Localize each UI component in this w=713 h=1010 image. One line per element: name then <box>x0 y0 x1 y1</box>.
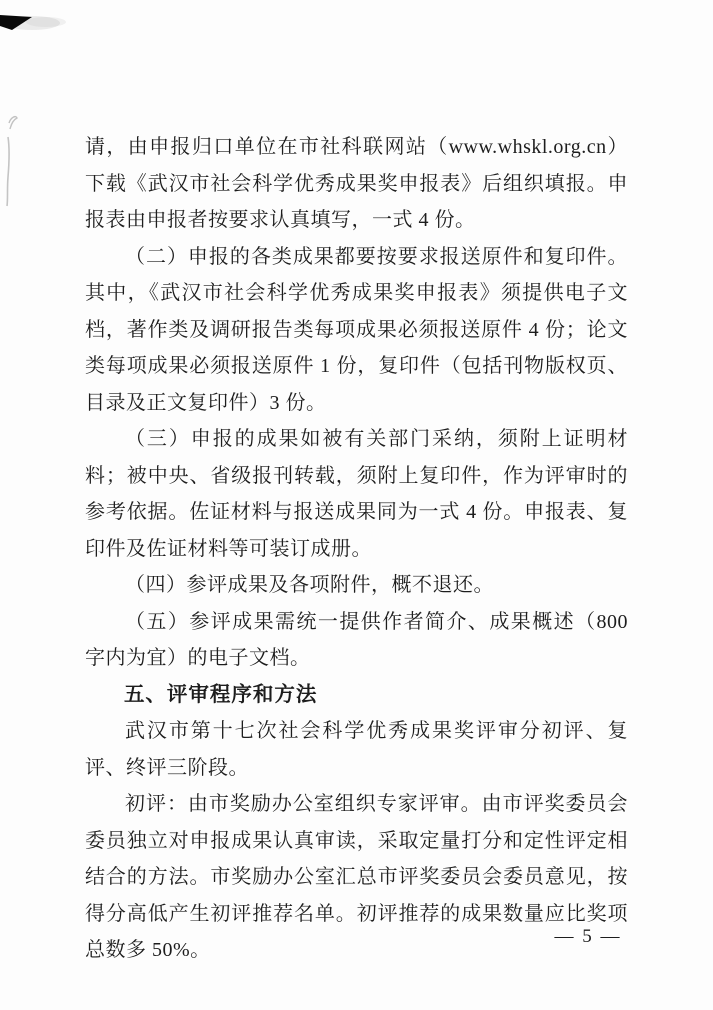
scan-pencil-mark <box>0 105 30 225</box>
para-requirement-5: （五）参评成果需统一提供作者简介、成果概述（800 字内为宜）的电子文档。 <box>85 604 628 677</box>
page-number: — 5 — <box>548 926 628 948</box>
para-continuation: 请，由申报归口单位在市社科联网站（www.whskl.org.cn）下载《武汉市… <box>85 129 628 239</box>
para-initial-review: 初评：由市奖励办公室组织专家评审。由市评奖委员会委员独立对申报成果认真审读，采取… <box>85 786 628 969</box>
text-block: 请，由申报归口单位在市社科联网站（www.whskl.org.cn）下载《武汉市… <box>85 129 628 969</box>
document-page: 请，由申报归口单位在市社科联网站（www.whskl.org.cn）下载《武汉市… <box>0 0 713 1010</box>
scan-corner-smudge <box>0 0 70 40</box>
section-heading-review-procedure: 五、评审程序和方法 <box>85 677 628 714</box>
para-requirement-2: （二）申报的各类成果都要按要求报送原件和复印件。其中，《武汉市社会科学优秀成果奖… <box>85 239 628 422</box>
para-review-stages: 武汉市第十七次社会科学优秀成果奖评审分初评、复评、终评三阶段。 <box>85 713 628 786</box>
para-requirement-3: （三）申报的成果如被有关部门采纳，须附上证明材料；被中央、省级报刊转载，须附上复… <box>85 421 628 567</box>
para-requirement-4: （四）参评成果及各项附件，概不退还。 <box>85 567 628 604</box>
